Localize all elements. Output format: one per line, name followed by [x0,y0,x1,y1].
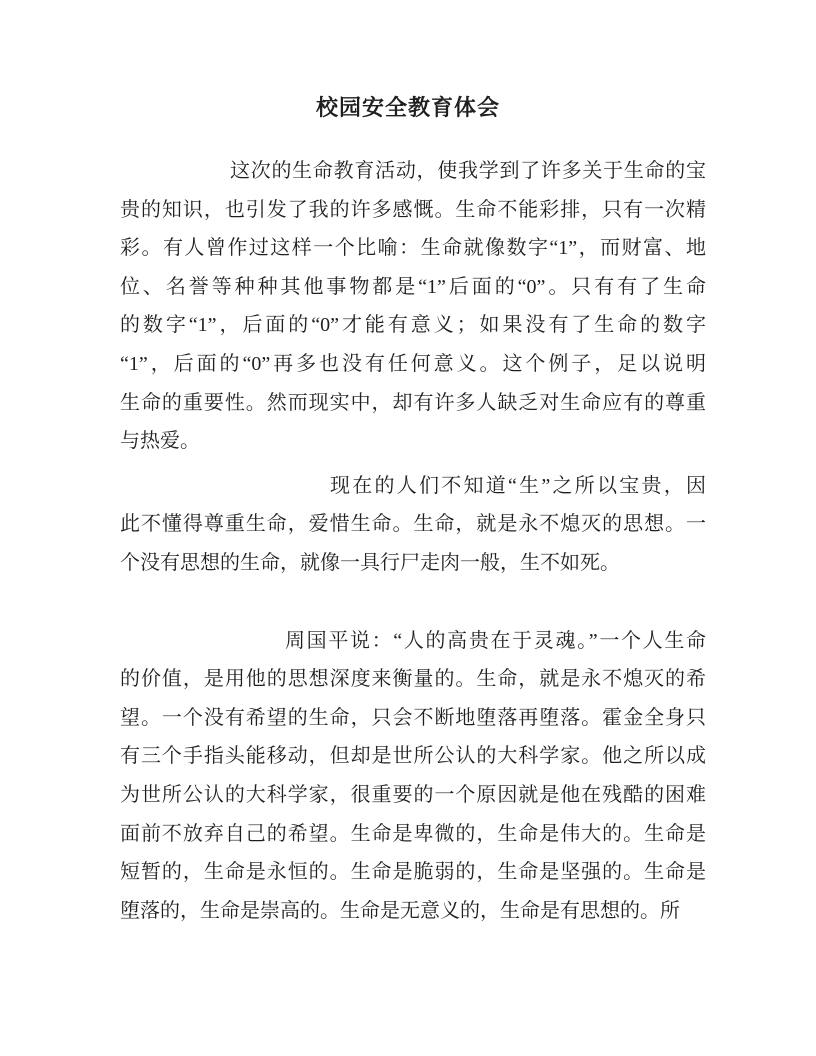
paragraph: 现在的人们不知道“生”之所以宝贵，因此不懂得尊重生命，爱惜生命。生命，就是永不熄… [120,467,706,583]
text-line: 为世所公认的大科学家，很重要的一个原因就是他在残酷的困难 [120,776,706,815]
text-line: 的价值，是用他的思想深度来衡量的。生命，就是永不熄灭的希 [120,660,706,699]
text-line: 位、名誉等种种其他事物都是“1”后面的“0”。只有有了生命 [120,268,706,307]
text-line: 堕落的，生命是崇高的。生命是无意义的，生命是有思想的。所 [120,892,706,931]
text-line: 彩。有人曾作过这样一个比喻：生命就像数字“1”，而财富、地 [120,229,706,268]
text-line: 这次的生命教育活动，使我学到了许多关于生命的宝 [120,152,706,191]
document-body: 这次的生命教育活动，使我学到了许多关于生命的宝贵的知识，也引发了我的许多感慨。生… [0,127,816,930]
document-page: 校园安全教育体会 这次的生命教育活动，使我学到了许多关于生命的宝贵的知识，也引发… [0,0,816,1056]
paragraph: 周国平说：“人的高贵在于灵魂。”一个人生命的价值，是用他的思想深度来衡量的。生命… [120,622,706,931]
text-line: 此不懂得尊重生命，爱惜生命。生命，就是永不熄灭的思想。一 [120,505,706,544]
text-line: 贵的知识，也引发了我的许多感慨。生命不能彩排，只有一次精 [120,191,706,230]
text-line: 望。一个没有希望的生命，只会不断地堕落再堕落。霍金全身只 [120,699,706,738]
text-line: 面前不放弃自己的希望。生命是卑微的，生命是伟大的。生命是 [120,815,706,854]
text-line: 个没有思想的生命，就像一具行尸走肉一般，生不如死。 [120,544,706,583]
paragraph: 这次的生命教育活动，使我学到了许多关于生命的宝贵的知识，也引发了我的许多感慨。生… [120,152,706,461]
text-line: 周国平说：“人的高贵在于灵魂。”一个人生命 [120,622,706,661]
text-line: 有三个手指头能移动，但却是世所公认的大科学家。他之所以成 [120,737,706,776]
text-line: “1”，后面的“0”再多也没有任何意义。这个例子，足以说明 [120,345,706,384]
text-line: 现在的人们不知道“生”之所以宝贵，因 [120,467,706,506]
text-line: 与热爱。 [120,422,706,461]
text-line: 的数字“1”，后面的“0”才能有意义；如果没有了生命的数字 [120,306,706,345]
text-line: 生命的重要性。然而现实中，却有许多人缺乏对生命应有的尊重 [120,384,706,423]
text-line: 短暂的，生命是永恒的。生命是脆弱的，生命是坚强的。生命是 [120,853,706,892]
document-title: 校园安全教育体会 [0,0,816,127]
